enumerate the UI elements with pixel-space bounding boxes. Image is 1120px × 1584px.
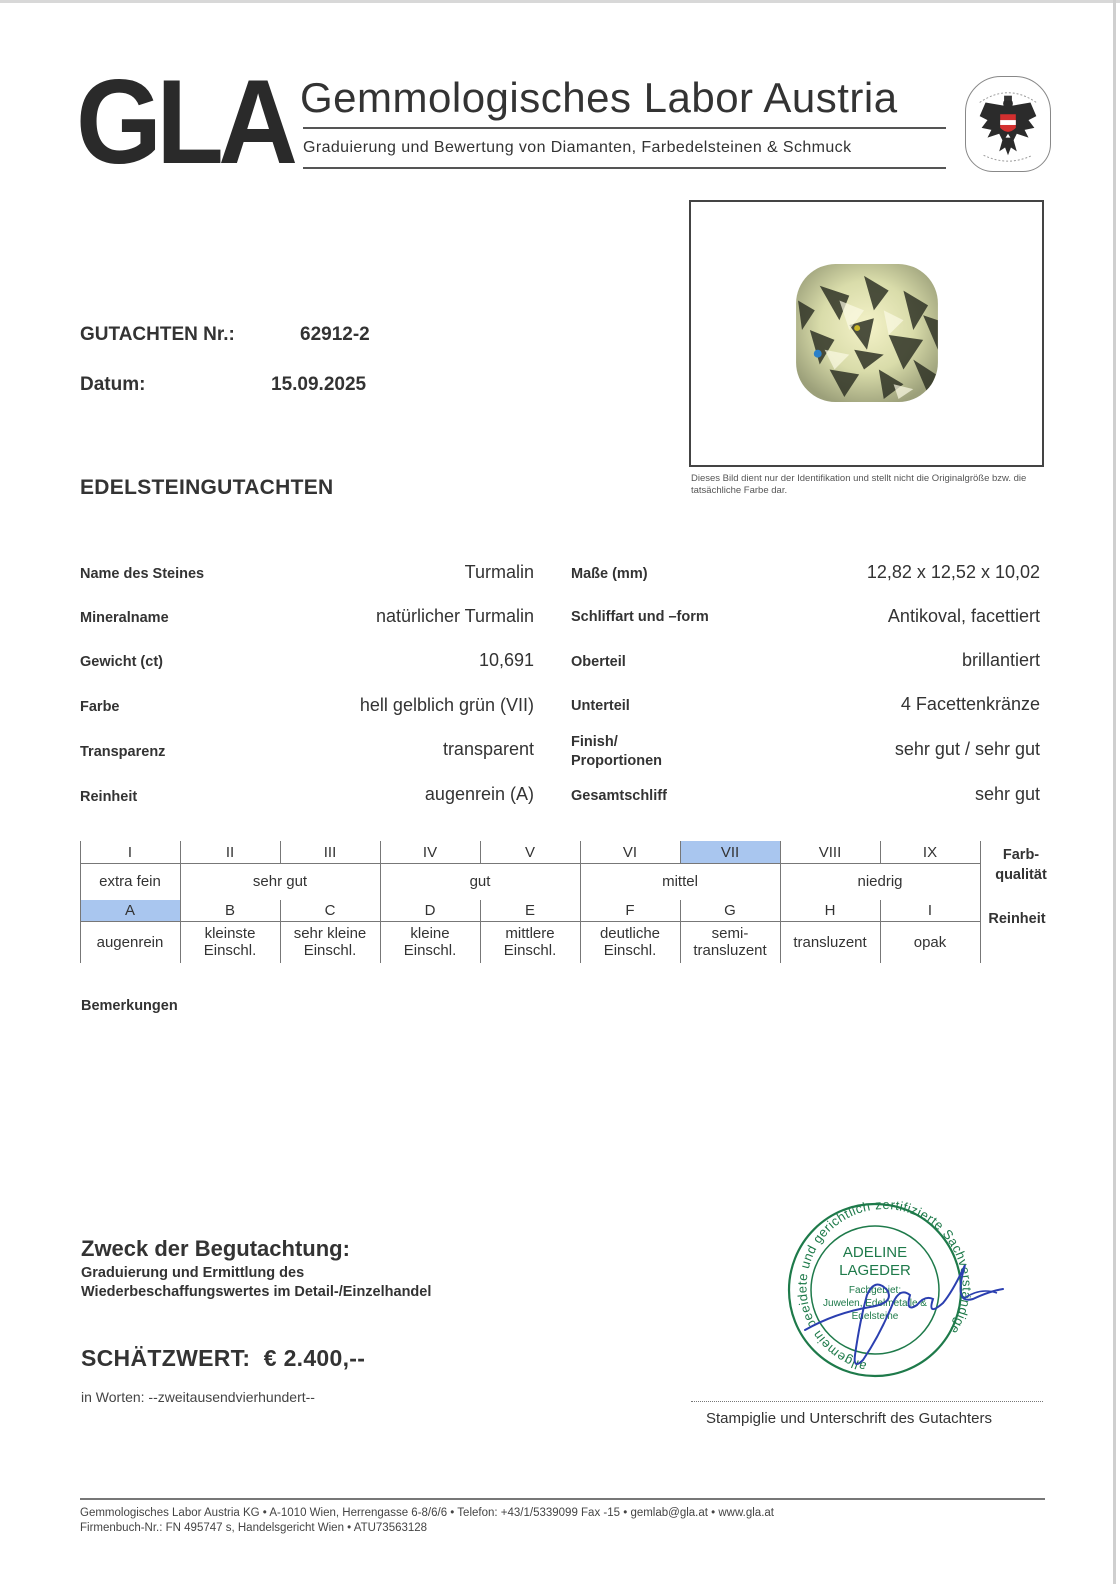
color-grade-vii: VII <box>680 841 780 863</box>
table-border <box>180 863 181 900</box>
property-label-line: Finish/ <box>571 733 662 752</box>
purpose-line: Wiederbeschaffungswertes im Detail-/Einz… <box>81 1283 431 1302</box>
table-border <box>780 841 781 863</box>
table-border <box>80 921 980 922</box>
property-label-line: Proportionen <box>571 752 662 771</box>
divider <box>303 167 946 169</box>
table-border <box>580 863 581 900</box>
certificate-date: 15.09.2025 <box>271 374 366 396</box>
table-border <box>180 900 181 963</box>
stamp-field: Edelsteine <box>852 1311 899 1322</box>
property-label: Reinheit <box>80 789 137 805</box>
table-border <box>480 900 481 963</box>
lab-tagline: Graduierung und Bewertung von Diamanten,… <box>303 139 851 157</box>
stamp-field: Fachgebiet: <box>849 1285 901 1296</box>
property-value: natürlicher Turmalin <box>376 606 534 627</box>
color-group: mittel <box>580 863 780 900</box>
clarity-description: semi-transluzent <box>680 921 780 963</box>
table-border <box>180 841 181 863</box>
property-value: hell gelblich grün (VII) <box>360 695 534 716</box>
gla-logo: GLA <box>76 62 292 182</box>
clarity-description: sehr kleineEinschl. <box>280 921 380 963</box>
footer-divider <box>80 1498 1045 1500</box>
property-label: Finish/ Proportionen <box>571 733 662 771</box>
table-border <box>680 841 681 863</box>
footer-registration: Firmenbuch-Nr.: FN 495747 s, Handelsgeri… <box>80 1522 427 1534</box>
color-group: sehr gut <box>180 863 380 900</box>
clarity-grade-e: E <box>480 900 580 921</box>
color-grade-viii: VIII <box>780 841 880 863</box>
stone-image <box>689 200 1044 467</box>
color-quality-label: Farb-qualität <box>986 845 1056 885</box>
clarity-description: kleineEinschl. <box>380 921 480 963</box>
purpose-title: Zweck der Begutachtung: <box>81 1236 350 1262</box>
remarks-label: Bemerkungen <box>81 998 178 1014</box>
clarity-grade-i: I <box>880 900 980 921</box>
property-label: Name des Steines <box>80 566 204 582</box>
property-value: sehr gut <box>975 784 1040 805</box>
color-group: extra fein <box>80 863 180 900</box>
table-border <box>680 900 681 963</box>
property-label: Oberteil <box>571 654 626 670</box>
clarity-grade-f: F <box>580 900 680 921</box>
purpose-text: Graduierung und Ermittlung des Wiederbes… <box>81 1264 431 1302</box>
table-border <box>80 863 81 900</box>
clarity-description: transluzent <box>780 921 880 963</box>
clarity-grade-h: H <box>780 900 880 921</box>
color-grade-ix: IX <box>880 841 980 863</box>
property-value: Turmalin <box>465 562 534 583</box>
property-label: Unterteil <box>571 698 630 714</box>
table-border <box>380 863 381 900</box>
property-label: Maße (mm) <box>571 566 648 582</box>
table-border <box>80 863 980 864</box>
color-grade-i: I <box>80 841 180 863</box>
clarity-label: Reinheit <box>982 909 1052 929</box>
date-label: Datum: <box>80 374 145 396</box>
color-grade-ii: II <box>180 841 280 863</box>
table-border <box>580 841 581 863</box>
property-value: transparent <box>443 739 534 760</box>
stamp-name-last: LAGEDER <box>839 1262 911 1279</box>
table-border <box>380 841 381 863</box>
lab-name: Gemmologisches Labor Austria <box>300 74 898 122</box>
certificate-number-label: GUTACHTEN Nr.: <box>80 324 235 346</box>
valuation-label: SCHÄTZWERT: <box>81 1345 250 1371</box>
valuation: SCHÄTZWERT: € 2.400,-- <box>81 1345 365 1372</box>
color-grade-v: V <box>480 841 580 863</box>
table-border <box>780 900 781 963</box>
property-label: Transparenz <box>80 744 165 760</box>
clarity-description: augenrein <box>80 921 180 963</box>
valuation-in-words: in Worten: --zweitausendvierhundert-- <box>81 1389 315 1405</box>
color-grade-vi: VI <box>580 841 680 863</box>
property-value: augenrein (A) <box>425 784 534 805</box>
table-border <box>280 841 281 863</box>
expert-stamp: allgemein beeidete und gerichtlich zerti… <box>775 1195 1025 1385</box>
clarity-grade-b: B <box>180 900 280 921</box>
table-border <box>880 900 881 963</box>
table-border <box>480 841 481 863</box>
property-label: Gesamtschliff <box>571 788 667 804</box>
certificate-type: EDELSTEINGUTACHTEN <box>80 476 334 500</box>
color-group: niedrig <box>780 863 980 900</box>
clarity-grade-c: C <box>280 900 380 921</box>
valuation-amount: € 2.400,-- <box>264 1345 365 1371</box>
stamp-name-first: ADELINE <box>843 1244 907 1261</box>
clarity-description: deutlicheEinschl. <box>580 921 680 963</box>
table-border <box>580 900 581 963</box>
property-value: 4 Facettenkränze <box>901 694 1040 715</box>
page-edge <box>0 0 1120 3</box>
color-grade-iv: IV <box>380 841 480 863</box>
certificate-number: 62912-2 <box>300 324 370 346</box>
clarity-description: kleinsteEinschl. <box>180 921 280 963</box>
property-value: 10,691 <box>479 650 534 671</box>
table-border <box>80 841 81 863</box>
table-border <box>980 863 981 900</box>
property-value: 12,82 x 12,52 x 10,02 <box>867 562 1040 583</box>
property-label: Farbe <box>80 699 120 715</box>
table-border <box>980 841 981 863</box>
color-group: gut <box>380 863 580 900</box>
table-border <box>780 863 781 900</box>
table-border <box>280 900 281 963</box>
footer-contact: Gemmologisches Labor Austria KG • A-1010… <box>80 1507 774 1519</box>
clarity-description: opak <box>880 921 980 963</box>
property-label: Schliffart und –form <box>571 609 709 625</box>
property-value: Antikoval, facettiert <box>888 606 1040 627</box>
property-value: sehr gut / sehr gut <box>895 739 1040 760</box>
table-border <box>980 900 981 963</box>
property-label: Mineralname <box>80 610 169 626</box>
clarity-grade-d: D <box>380 900 480 921</box>
divider <box>303 127 946 129</box>
signature-line <box>691 1401 1043 1402</box>
property-label: Gewicht (ct) <box>80 654 163 670</box>
color-grade-iii: III <box>280 841 380 863</box>
clarity-grade-g: G <box>680 900 780 921</box>
table-border <box>80 900 81 963</box>
page-edge <box>1113 0 1116 1584</box>
clarity-grade-a: A <box>80 900 180 921</box>
table-border <box>880 841 881 863</box>
clarity-description: mittlereEinschl. <box>480 921 580 963</box>
gemstone-photo <box>691 202 1042 465</box>
austrian-eagle-coat-of-arms-icon <box>965 76 1051 172</box>
purpose-line: Graduierung und Ermittlung des <box>81 1264 431 1283</box>
property-value: brillantiert <box>962 650 1040 671</box>
table-border <box>380 900 381 963</box>
image-disclaimer: Dieses Bild dient nur der Identifikation… <box>691 473 1031 497</box>
signature-caption: Stampiglie und Unterschrift des Gutachte… <box>706 1410 992 1427</box>
